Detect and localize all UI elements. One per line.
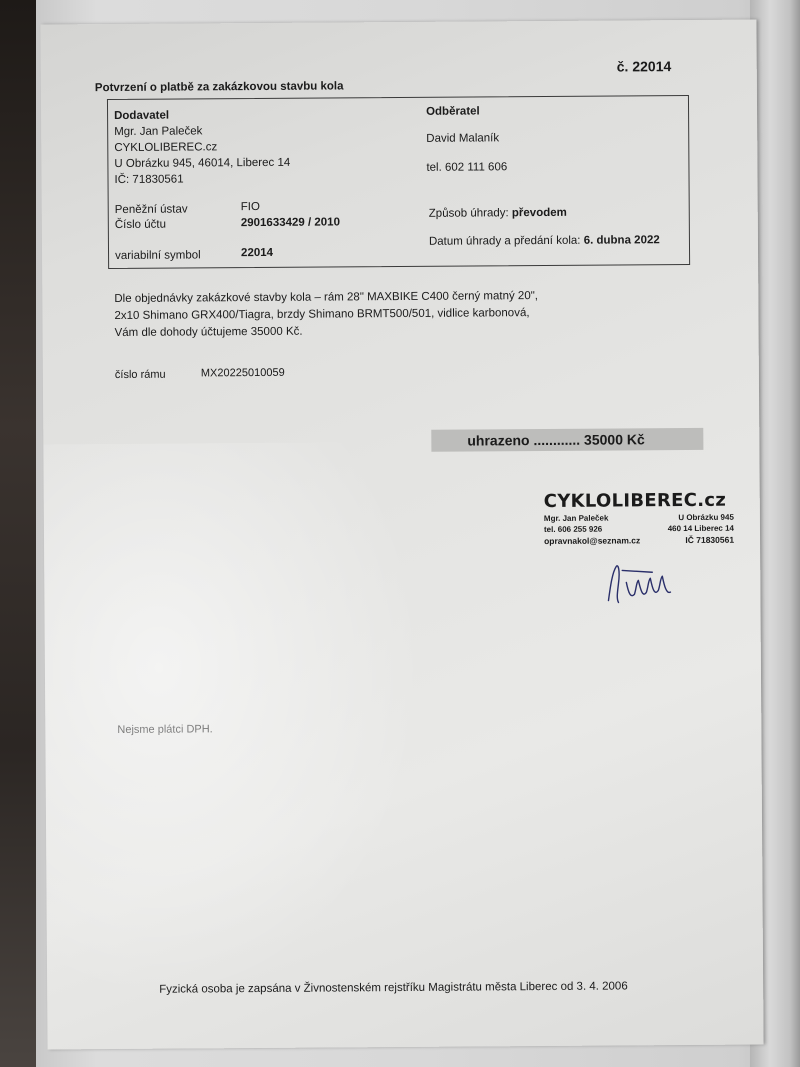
bank-label: Peněžní ústav (115, 203, 188, 216)
supplier-company: CYKLOLIBEREC.cz (114, 141, 217, 154)
variable-symbol-value: 22014 (241, 247, 273, 259)
stamp-ic: IČ 71830561 (685, 535, 734, 545)
stamp-city: 460 14 Liberec 14 (668, 524, 734, 533)
payment-confirmation-document: Potvrzení o platbě za zakázkovou stavbu … (40, 20, 763, 1050)
description-line-3: Vám dle dohody účtujeme 35000 Kč. (115, 322, 539, 342)
parties-box: Dodavatel Mgr. Jan Paleček CYKLOLIBEREC.… (107, 95, 690, 269)
document-title: Potvrzení o platbě za zakázkovou stavbu … (95, 80, 344, 94)
stamp-name: Mgr. Jan Paleček (544, 514, 609, 523)
customer-name: David Malaník (426, 132, 499, 145)
order-description: Dle objednávky zakázkové stavby kola – r… (114, 288, 538, 342)
paid-amount: uhrazeno ............ 35000 Kč (467, 431, 645, 448)
footer-registration-note: Fyzická osoba je zapsána v Živnostenském… (159, 980, 628, 995)
variable-symbol-label: variabilní symbol (115, 249, 201, 262)
payment-date-value: 6. dubna 2022 (584, 234, 660, 247)
stamp-email: opravnakol@seznam.cz (544, 535, 640, 546)
supplier-name: Mgr. Jan Paleček (114, 125, 202, 138)
vat-note: Nejsme plátci DPH. (117, 723, 212, 736)
payment-date-label: Datum úhrady a předání kola: (429, 235, 581, 248)
light-glare (43, 442, 427, 1005)
customer-phone: tel. 602 111 606 (426, 161, 507, 174)
signature-icon (600, 558, 690, 609)
document-number: č. 22014 (617, 58, 672, 74)
stamp-street: U Obrázku 945 (678, 513, 734, 522)
supplier-ic: IČ: 71830561 (114, 174, 183, 186)
frame-number-value: MX20225010059 (201, 367, 285, 380)
bank-value: FIO (241, 201, 260, 213)
frame-number-label: číslo rámu (115, 369, 166, 381)
stamp-logo: CYKLOLIBEREC.cz (544, 490, 744, 512)
account-value: 2901633429 / 2010 (241, 216, 340, 229)
payment-method-label: Způsob úhrady: (429, 207, 509, 220)
payment-date: Datum úhrady a předání kola: 6. dubna 20… (429, 234, 660, 248)
company-stamp: CYKLOLIBEREC.cz Mgr. Jan Paleček U Obráz… (544, 490, 744, 546)
payment-method-value: převodem (512, 207, 567, 219)
supplier-address: U Obrázku 945, 46014, Liberec 14 (114, 157, 290, 170)
stamp-phone: tel. 606 255 926 (544, 525, 602, 534)
supplier-heading: Dodavatel (114, 110, 169, 122)
paid-banner: uhrazeno ............ 35000 Kč (431, 428, 703, 452)
payment-method: Způsob úhrady: převodem (429, 207, 567, 220)
account-label: Číslo účtu (115, 219, 166, 231)
customer-heading: Odběratel (426, 105, 480, 117)
description-line-2: 2x10 Shimano GRX400/Tiagra, brzdy Shiman… (114, 305, 538, 325)
